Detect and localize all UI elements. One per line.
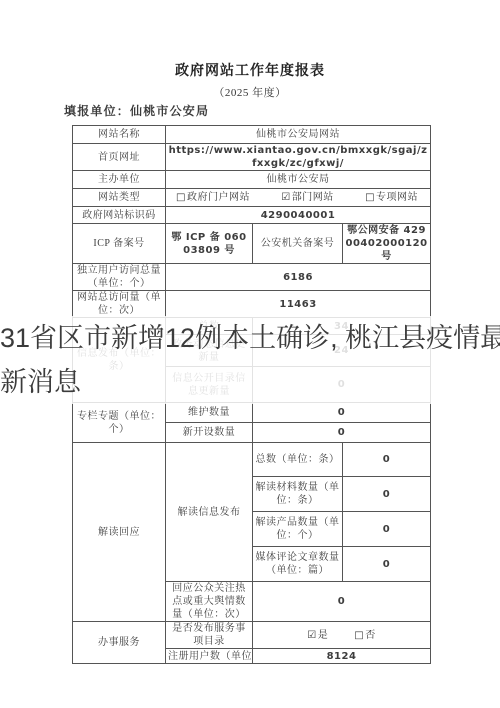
headline-line-2: 新消息 — [0, 367, 81, 397]
interpret-total-value: 0 — [343, 443, 431, 477]
hot-response-label: 回应公众关注热点或重大舆情数量（单位：次） — [166, 582, 253, 622]
site-type-label: 网站类型 — [73, 189, 166, 207]
site-name-value: 仙桃市公安局网站 — [166, 126, 431, 144]
registered-users-value: 8124 — [253, 649, 431, 664]
checkbox-checked-icon: ☑ — [307, 630, 316, 641]
option-label: 专项网站 — [376, 192, 418, 203]
organizer-value: 仙桃市公安局 — [166, 171, 431, 189]
table-row: 网站类型 □政府门户网站 ☑部门网站 □专项网站 — [73, 189, 431, 207]
interpret-product-label: 解读产品数量（单位：个） — [253, 512, 343, 547]
option-label: 是 — [318, 630, 329, 641]
option-label: 否 — [365, 630, 376, 641]
site-name-label: 网站名称 — [73, 126, 166, 144]
checkbox-unchecked-icon: □ — [365, 192, 375, 203]
option-label: 部门网站 — [292, 192, 334, 203]
annual-report-page: 政府网站工作年度报表 （2025 年度） 填报单位：仙桃市公安局 网站名称 仙桃… — [0, 0, 500, 708]
report-year: （2025 年度） — [0, 84, 500, 100]
media-comment-label: 媒体评论文章数量（单位：篇） — [253, 547, 343, 582]
site-type-options: □政府门户网站 ☑部门网站 □专项网站 — [166, 189, 431, 207]
icp-label: ICP 备案号 — [73, 224, 166, 264]
table-row: 解读回应 解读信息发布 总数（单位：条） 0 — [73, 443, 431, 477]
home-url-label: 首页网址 — [73, 144, 166, 171]
registered-users-label: 注册用户数（单位： — [166, 649, 253, 664]
checkbox-checked-icon: ☑ — [281, 192, 290, 203]
media-comment-value: 0 — [343, 547, 431, 582]
hot-response-value: 0 — [253, 582, 431, 622]
report-title: 政府网站工作年度报表 — [0, 60, 500, 80]
interpret-material-label: 解读材料数量（单位：条） — [253, 477, 343, 512]
table-row: 网站总访问量（单位：次） 11463 — [73, 291, 431, 318]
service-catalog-yes: ☑是 — [307, 629, 328, 642]
special-column-group-label: 专栏专题（单位：个） — [73, 403, 166, 443]
reporting-unit: 填报单位：仙桃市公安局 — [64, 102, 209, 119]
headline-text: 31省区市新增12例本土确诊, 桃江县疫情最 新消息 — [0, 316, 500, 404]
site-type-option-portal: □政府门户网站 — [176, 191, 250, 204]
checkbox-unchecked-icon: □ — [176, 192, 186, 203]
interpret-product-value: 0 — [343, 512, 431, 547]
police-filing-label: 公安机关备案号 — [253, 224, 343, 264]
site-type-option-department: ☑部门网站 — [281, 191, 333, 204]
headline-line-1: 31省区市新增12例本土确诊, 桃江县疫情最 — [0, 323, 500, 353]
option-label: 政府门户网站 — [187, 192, 250, 203]
checkbox-unchecked-icon: □ — [354, 630, 364, 641]
interpret-group-label: 解读回应 — [73, 443, 166, 622]
table-row: 政府网站标识码 4290040001 — [73, 207, 431, 224]
site-code-value: 4290040001 — [166, 207, 431, 224]
table-row: 办事服务 是否发布服务事项目录 ☑是 □否 — [73, 622, 431, 649]
unique-visitors-label: 独立用户访问总量（单位：个） — [73, 264, 166, 291]
total-visits-value: 11463 — [166, 291, 431, 318]
table-row: ICP 备案号 鄂 ICP 备 06003809 号 公安机关备案号 鄂公网安备… — [73, 224, 431, 264]
site-code-label: 政府网站标识码 — [73, 207, 166, 224]
service-catalog-value: ☑是 □否 — [253, 622, 431, 649]
headline-overlay: 31省区市新增12例本土确诊, 桃江县疫情最 新消息 — [0, 316, 500, 404]
table-row: 独立用户访问总量（单位：个） 6186 — [73, 264, 431, 291]
table-row: 专栏专题（单位：个） 维护数量 0 — [73, 403, 431, 423]
total-visits-label: 网站总访问量（单位：次） — [73, 291, 166, 318]
police-filing-value: 鄂公网安备 42900402000120 号 — [343, 224, 431, 264]
interpret-publish-label: 解读信息发布 — [166, 443, 253, 582]
service-group-label: 办事服务 — [73, 622, 166, 664]
organizer-label: 主办单位 — [73, 171, 166, 189]
service-catalog-no: □否 — [354, 629, 375, 642]
home-url-value: https://www.xiantao.gov.cn/bmxxgk/sgaj/z… — [166, 144, 431, 171]
new-opened-label: 新开设数量 — [166, 423, 253, 443]
maintained-value: 0 — [253, 403, 431, 423]
interpret-material-value: 0 — [343, 477, 431, 512]
table-row: 主办单位 仙桃市公安局 — [73, 171, 431, 189]
icp-value: 鄂 ICP 备 06003809 号 — [166, 224, 253, 264]
table-row: 首页网址 https://www.xiantao.gov.cn/bmxxgk/s… — [73, 144, 431, 171]
site-type-option-special: □专项网站 — [365, 191, 418, 204]
service-catalog-label: 是否发布服务事项目录 — [166, 622, 253, 649]
unique-visitors-value: 6186 — [166, 264, 431, 291]
interpret-total-label: 总数（单位：条） — [253, 443, 343, 477]
table-row: 网站名称 仙桃市公安局网站 — [73, 126, 431, 144]
maintained-label: 维护数量 — [166, 403, 253, 423]
new-opened-value: 0 — [253, 423, 431, 443]
